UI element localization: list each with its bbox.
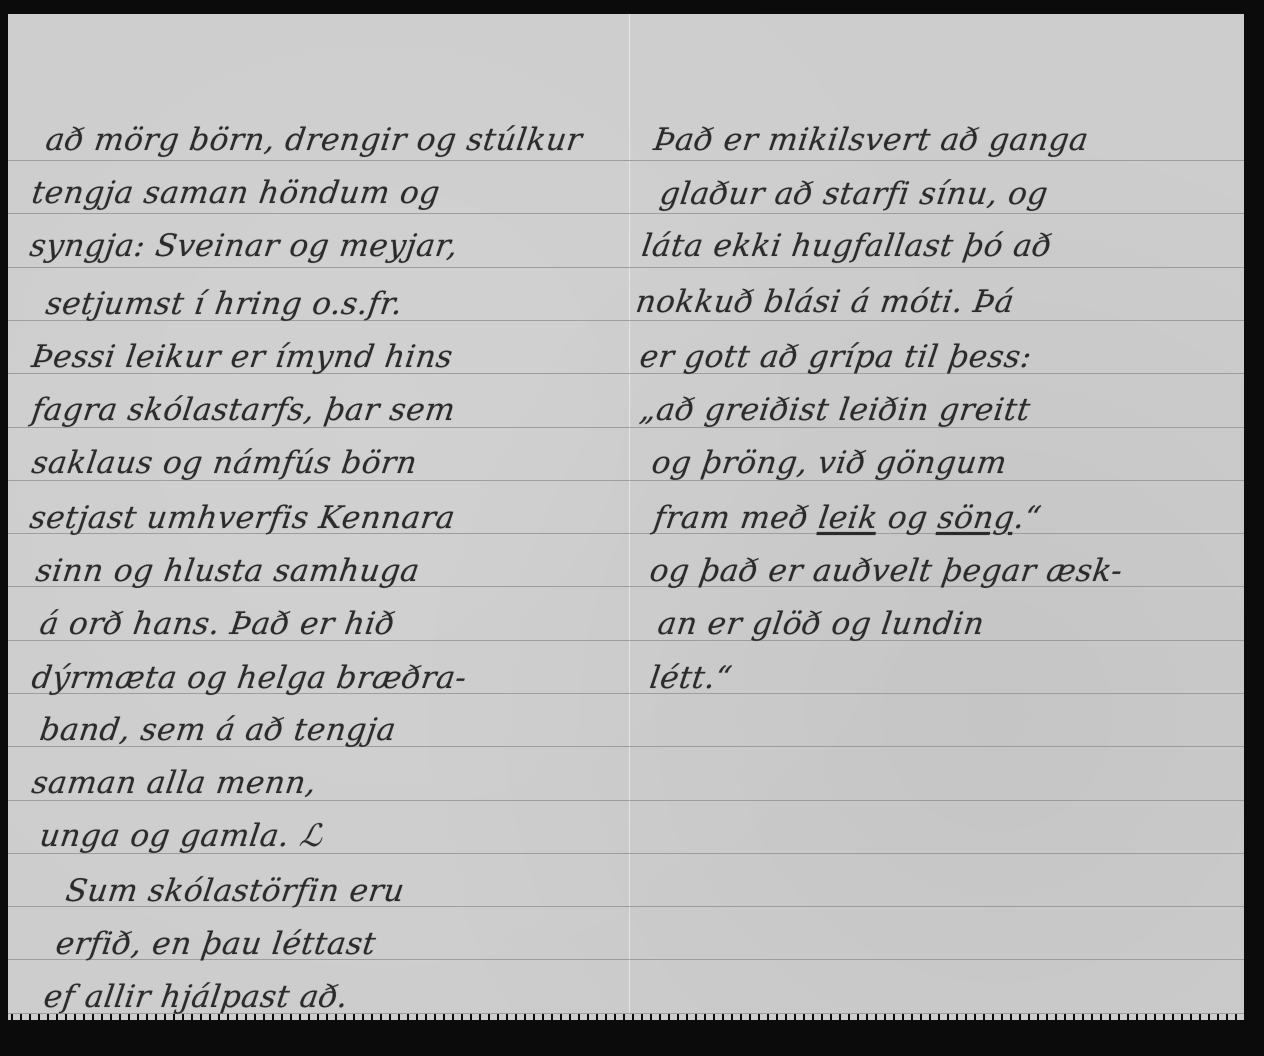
handwritten-line: setjumst í hring o.s.fr. — [43, 286, 405, 322]
handwritten-line: og það er auðvelt þegar æsk- — [647, 553, 1124, 589]
handwritten-line: glaður að starfi sínu, og — [657, 176, 1050, 212]
handwritten-line: fram með leik og söng.“ — [651, 500, 1043, 536]
underlined-word-song: söng — [935, 500, 1016, 536]
handwritten-line: „að greiðist leiðin greitt — [637, 392, 1032, 428]
handwritten-line: Það er mikilsvert að ganga — [651, 122, 1090, 158]
handwritten-line: fagra skólastarfs, þar sem — [29, 392, 457, 428]
handwritten-line: og þröng, við göngum — [649, 445, 1009, 481]
handwritten-line: á orð hans. Það er hið — [37, 606, 397, 642]
rule-line — [8, 160, 1244, 161]
handwritten-line: Sum skólastörfin eru — [63, 873, 406, 909]
center-fold — [628, 14, 631, 1016]
handwritten-line: dýrmæta og helga bræðra- — [29, 660, 469, 696]
line-segment: og — [875, 500, 940, 536]
handwritten-line: setjast umhverfis Kennara — [27, 500, 457, 536]
handwritten-line: láta ekki hugfallast þó að — [639, 228, 1054, 264]
handwritten-line: Þessi leikur er ímynd hins — [29, 339, 455, 375]
handwritten-line: erfið, en þau léttast — [53, 926, 378, 962]
handwritten-line: nokkuð blási á móti. Þá — [633, 284, 1016, 320]
handwritten-line: unga og gamla. ℒ — [37, 818, 325, 854]
handwritten-line: syngja: Sveinar og meyjar, — [27, 228, 460, 264]
handwritten-line: an er glöð og lundin — [655, 606, 986, 642]
handwritten-line: sinn og hlusta samhuga — [33, 553, 422, 589]
underlined-word-leik: leik — [816, 500, 880, 536]
handwritten-line: saman alla menn, — [29, 765, 318, 801]
handwritten-line: band, sem á að tengja — [37, 712, 398, 748]
torn-paper-edge — [8, 1014, 1244, 1020]
handwritten-line: tengja saman höndum og — [29, 175, 442, 211]
rule-line — [8, 267, 1244, 268]
paper-sheet: að mörg börn, drengir og stúlkur tengja … — [8, 14, 1244, 1016]
line-segment: .“ — [1012, 500, 1044, 536]
handwritten-line: ef allir hjálpast að. — [41, 979, 350, 1015]
handwritten-line: að mörg börn, drengir og stúlkur — [43, 122, 584, 158]
handwritten-line: saklaus og námfús börn — [29, 445, 419, 481]
line-segment: fram með — [651, 500, 821, 536]
handwritten-line: er gott að grípa til þess: — [637, 339, 1034, 375]
rule-line — [8, 213, 1244, 214]
handwritten-line: létt.“ — [647, 660, 734, 696]
